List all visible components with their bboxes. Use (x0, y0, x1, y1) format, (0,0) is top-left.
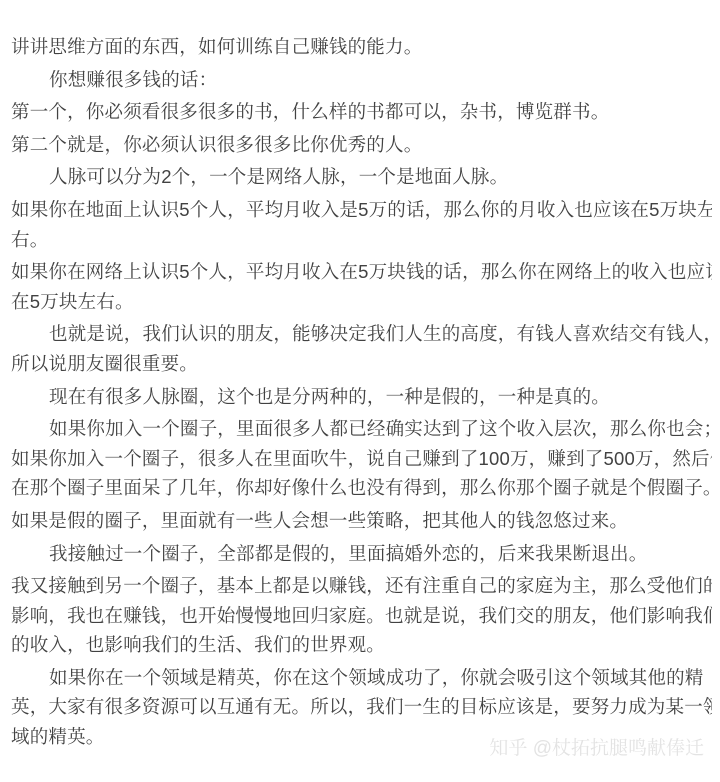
zhihu-watermark: 知乎 @杖拓抗腿鸣献俸迁 (489, 738, 704, 760)
text-line: 如果是假的圈子，里面就有一些人会想一些策略，把其他人的钱忽悠过来。 (11, 506, 712, 536)
article-text: 讲讲思维方面的东西，如何训练自己赚钱的能力。你想赚很多钱的话：第一个，你必须看很… (0, 0, 720, 752)
text-line: 如果你在网络上认识5个人，平均月收入在5万块钱的话，那么你在网络上的收入也应该 (11, 257, 712, 287)
text-line: 第一个，你必须看很多很多的书，什么样的书都可以，杂书，博览群书。 (11, 97, 712, 127)
text-line: 英，大家有很多资源可以互通有无。所以，我们一生的目标应该是，要努力成为某一领 (11, 692, 712, 722)
text-line: 如果你加入一个圈子，很多人在里面吹牛，说自己赚到了100万，赚到了500万，然后… (11, 444, 712, 474)
text-line: 如果你在一个领域是精英，你在这个领域成功了，你就会吸引这个领域其他的精 (11, 663, 712, 693)
text-line: 如果你加入一个圈子，里面很多人都已经确实达到了这个收入层次，那么你也会； (11, 414, 712, 444)
text-line: 我接触过一个圈子，全部都是假的，里面搞婚外恋的，后来我果断退出。 (11, 539, 712, 569)
text-line: 所以说朋友圈很重要。 (11, 349, 712, 379)
text-line: 的收入，也影响我们的生活、我们的世界观。 (11, 630, 712, 660)
text-line: 人脉可以分为2个，一个是网络人脉，一个是地面人脉。 (11, 162, 712, 192)
text-line: 我又接触到另一个圈子，基本上都是以赚钱，还有注重自己的家庭为主，那么受他们的 (11, 571, 712, 601)
text-line: 你想赚很多钱的话： (11, 65, 712, 95)
text-line: 讲讲思维方面的东西，如何训练自己赚钱的能力。 (11, 32, 712, 62)
text-line: 也就是说，我们认识的朋友，能够决定我们人生的高度，有钱人喜欢结交有钱人， (11, 319, 712, 349)
text-line: 现在有很多人脉圈，这个也是分两种的，一种是假的，一种是真的。 (11, 382, 712, 412)
text-line: 影响，我也在赚钱，也开始慢慢地回归家庭。也就是说，我们交的朋友，他们影响我们 (11, 601, 712, 631)
text-line: 在那个圈子里面呆了几年，你却好像什么也没有得到，那么你那个圈子就是个假圈子。 (11, 473, 712, 503)
text-line: 第二个就是，你必须认识很多很多比你优秀的人。 (11, 130, 712, 160)
text-line: 在5万块左右。 (11, 287, 712, 317)
text-line: 如果你在地面上认识5个人，平均月收入是5万的话，那么你的月收入也应该在5万块左 (11, 195, 712, 225)
text-line: 右。 (11, 225, 712, 255)
